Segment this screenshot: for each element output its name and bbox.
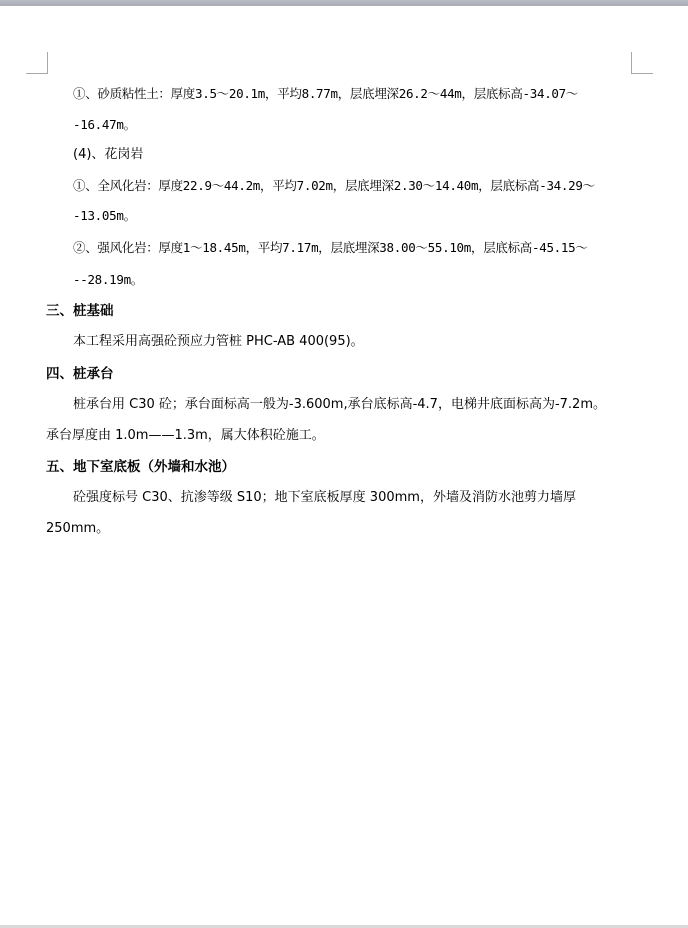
subheading-granite: (4)、花岗岩 bbox=[73, 147, 143, 163]
margin-corner-mark-top-right bbox=[631, 52, 653, 74]
section-heading-basement-slab: 五、地下室底板（外墙和水池） bbox=[46, 459, 235, 475]
soil-item-fully-weathered-line2: -13.05m。 bbox=[73, 208, 136, 224]
section-heading-pile-cap: 四、桩承台 bbox=[46, 366, 114, 382]
basement-slab-paragraph-line1: 砼强度标号 C30、抗渗等级 S10；地下室底板厚度 300mm，外墙及消防水池… bbox=[73, 490, 576, 506]
section-heading-pile-foundation: 三、桩基础 bbox=[46, 303, 114, 319]
soil-item-strongly-weathered-line2: --28.19m。 bbox=[73, 272, 143, 288]
pile-foundation-paragraph: 本工程采用高强砼预应力管桩 PHC-AB 400(95)。 bbox=[73, 334, 364, 350]
pile-cap-paragraph-line2: 承台厚度由 1.0m——1.3m，属大体积砼施工。 bbox=[46, 428, 325, 444]
margin-corner-mark-top-left bbox=[26, 52, 48, 74]
soil-item-sandy-clay-line1: ①、砂质粘性土：厚度3.5～20.1m，平均8.77m，层底埋深26.2～44m… bbox=[73, 86, 578, 102]
window-top-edge bbox=[0, 0, 688, 6]
soil-item-sandy-clay-line2: -16.47m。 bbox=[73, 117, 136, 133]
soil-item-fully-weathered-line1: ①、全风化岩：厚度22.9～44.2m，平均7.02m，层底埋深2.30～14.… bbox=[73, 178, 595, 194]
basement-slab-paragraph-line2: 250mm。 bbox=[46, 521, 109, 537]
pile-cap-paragraph-line1: 桩承台用 C30 砼；承台面标高一般为-3.600m,承台底标高-4.7，电梯井… bbox=[73, 397, 606, 413]
soil-item-strongly-weathered-line1: ②、强风化岩：厚度1～18.45m，平均7.17m，层底埋深38.00～55.1… bbox=[73, 240, 588, 256]
